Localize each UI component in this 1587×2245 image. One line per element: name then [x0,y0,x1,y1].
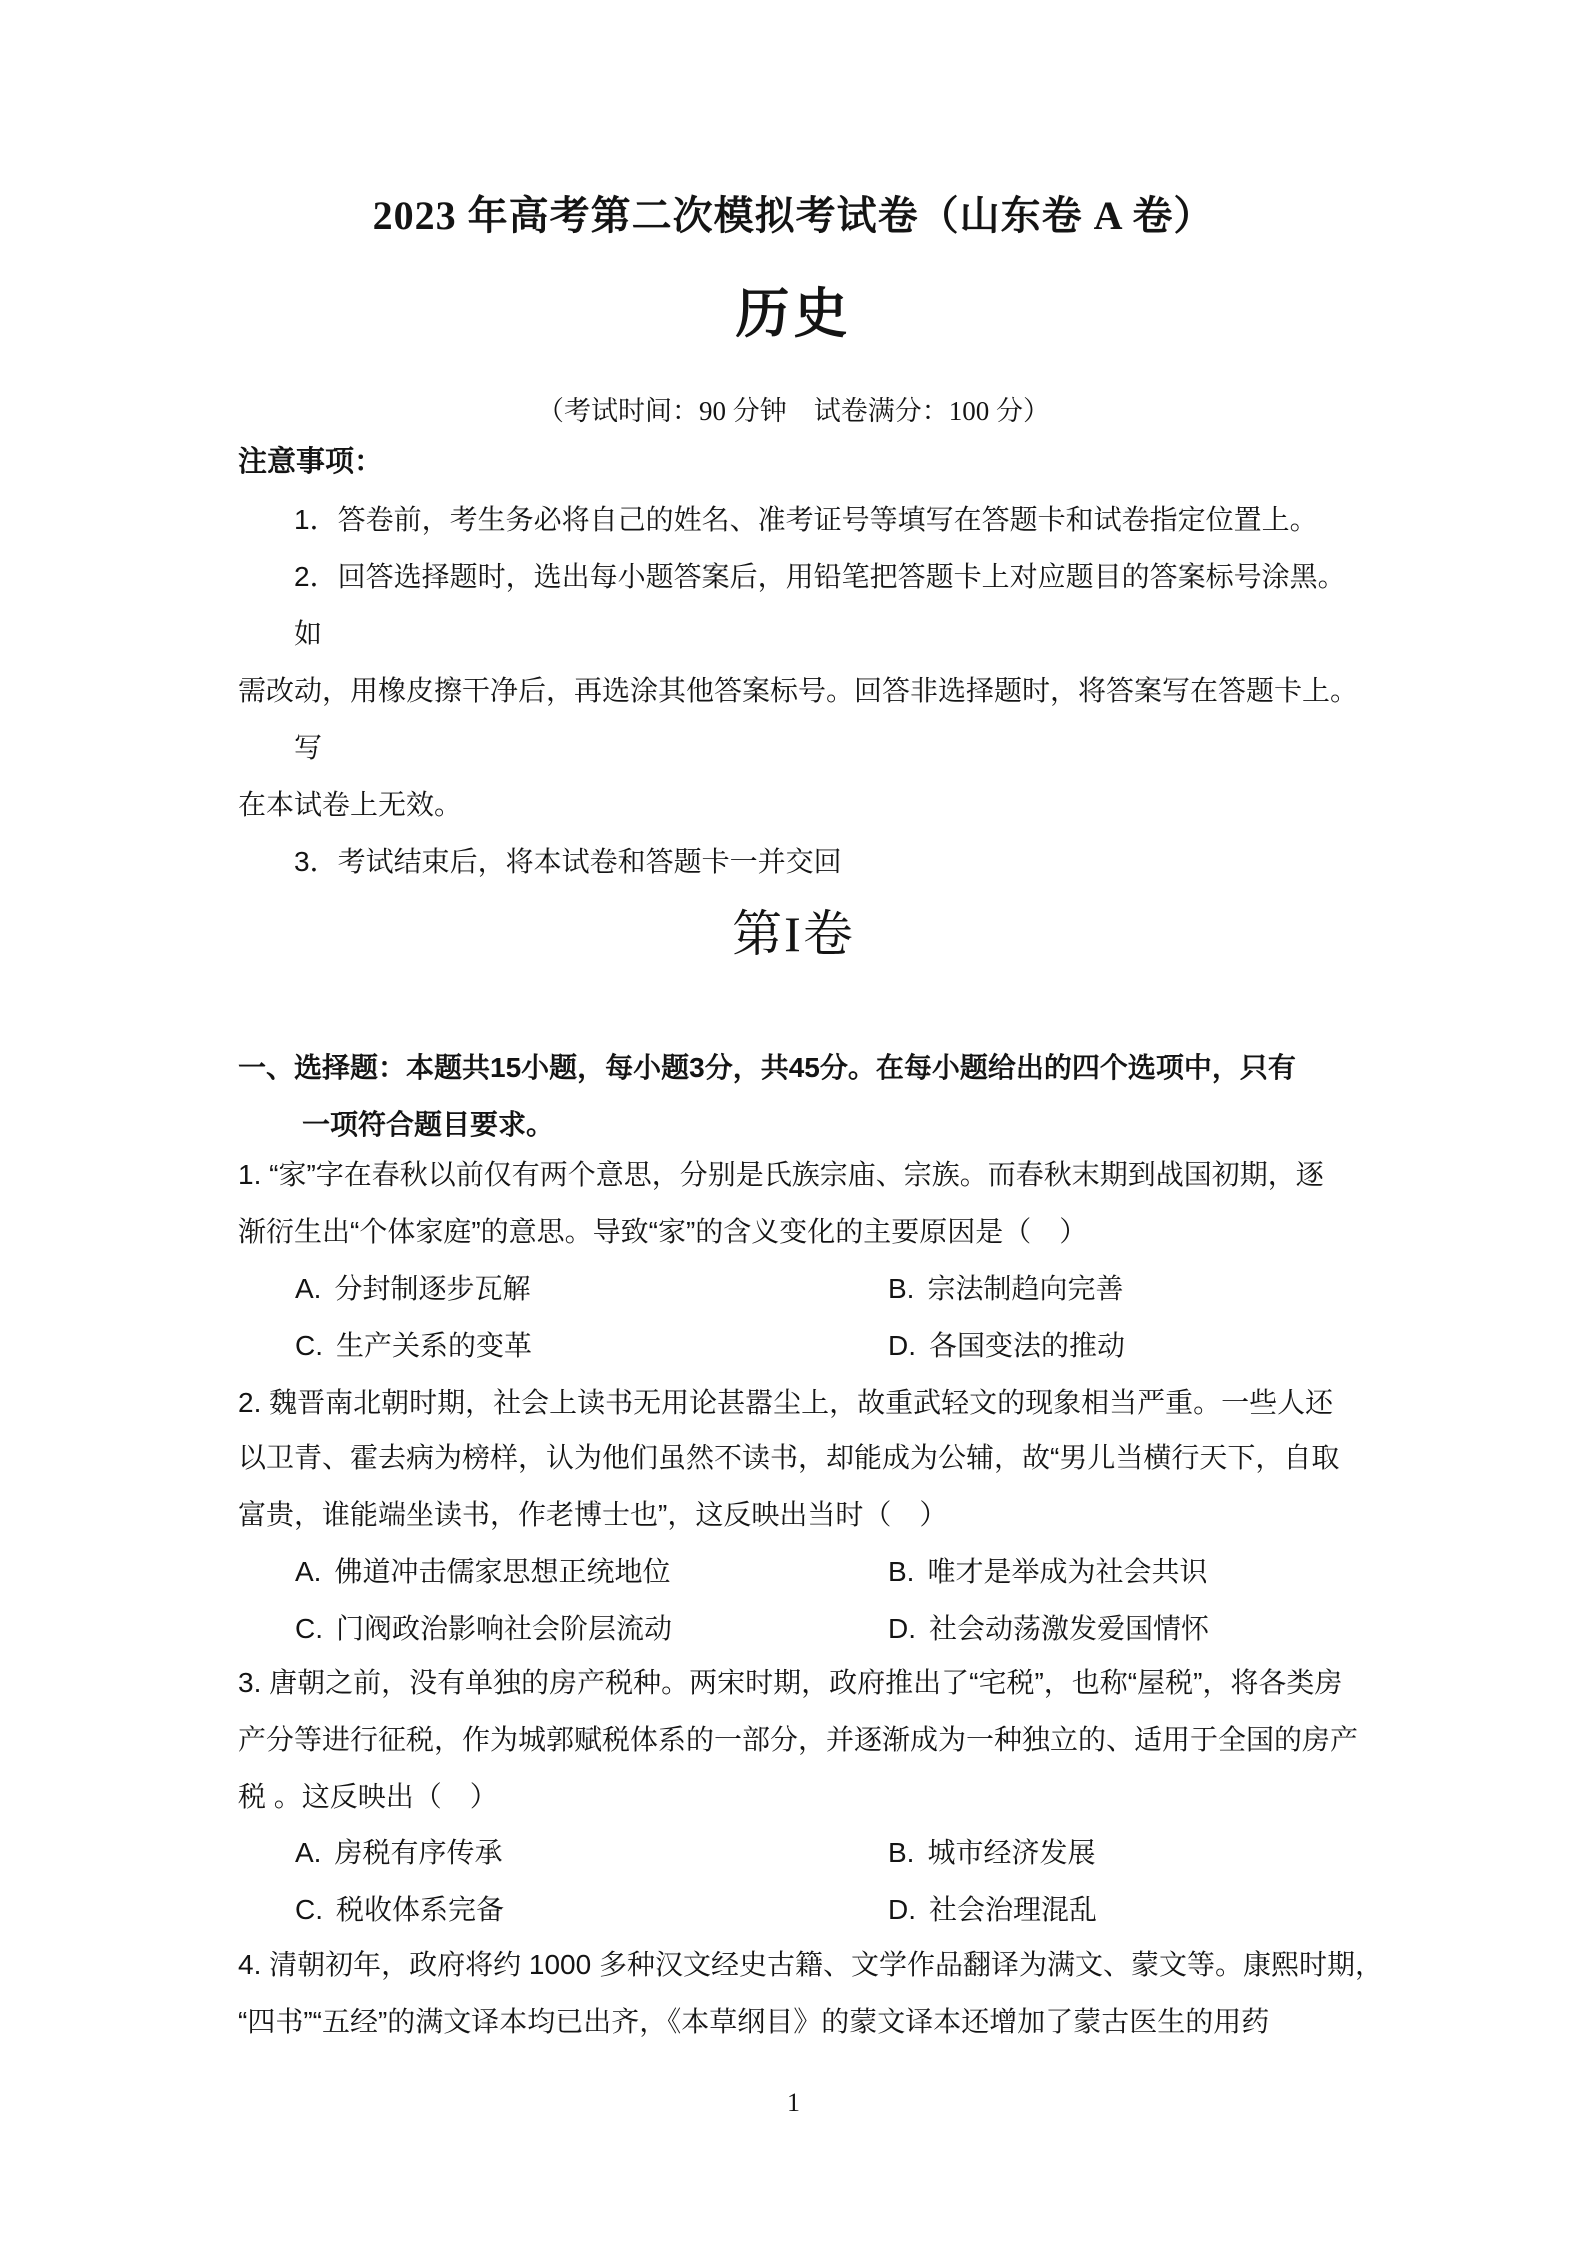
option-label: A. [295,1273,321,1304]
notice-item-3: 3．考试结束后，将本试卷和答题卡一并交回 [294,846,842,877]
option-text: 分封制逐步瓦解 [334,1273,530,1304]
option-text: 宗法制趋向完善 [927,1273,1123,1304]
option-text: 城市经济发展 [927,1837,1095,1868]
question-4-stem-line-1: 4. 清朝初年，政府将约 1000 多种汉文经史古籍、文学作品翻译为满文、蒙文等… [238,1949,1383,1980]
question-3-stem-line-3: 税 。这反映出（ ） [238,1781,498,1812]
notice-heading: 注意事项： [238,446,383,478]
question-2-option-c: C.门阀政治影响社会阶层流动 [295,1613,888,1644]
option-label: A. [295,1556,321,1587]
question-3-stem-line-2: 产分等进行征税，作为城郭赋税体系的一部分，并逐渐成为一种独立的、适用于全国的房产 [238,1724,1358,1755]
question-1-options-row-2: C.生产关系的变革 D.各国变法的推动 [238,1330,1485,1361]
exam-paper-page: 2023 年高考第二次模拟考试卷（山东卷 A 卷） 历史 （考试时间：90 分钟… [0,0,1587,2245]
option-text: 各国变法的推动 [929,1330,1125,1361]
notice-item-2-cont-2: 需改动，用橡皮擦干净后，再选涂其他答案标号。回答非选择题时，将答案写在答题卡上。 [238,675,1358,706]
option-text: 社会动荡激发爱国情怀 [929,1613,1209,1644]
question-2-options-row-2: C.门阀政治影响社会阶层流动 D.社会动荡激发爱国情怀 [238,1613,1485,1644]
option-text: 房税有序传承 [334,1837,502,1868]
option-label: C. [295,1894,323,1925]
question-2-option-b: B.唯才是举成为社会共识 [888,1556,1485,1587]
option-label: B. [888,1837,914,1868]
option-text: 社会治理混乱 [929,1894,1097,1925]
question-4-stem-line-2: “四书”“五经”的满文译本均已出齐，《本草纲目》的蒙文译本还增加了蒙古医生的用药 [238,2006,1269,2037]
question-2-stem-line-1: 2. 魏晋南北朝时期，社会上读书无用论甚嚣尘上，故重武轻文的现象相当严重。一些人… [238,1387,1333,1418]
option-label: B. [888,1273,914,1304]
part1-heading: 第I卷 [0,906,1587,962]
question-1-option-b: B.宗法制趋向完善 [888,1273,1485,1304]
question-1-option-c: C.生产关系的变革 [295,1330,888,1361]
question-2-stem-line-3: 富贵，谁能端坐读书，作老博士也”，这反映出当时（ ） [238,1499,947,1530]
notice-item-1: 1．答卷前，考生务必将自己的姓名、准考证号等填写在答题卡和试卷指定位置上。 [294,504,1318,535]
option-label: D. [888,1330,916,1361]
option-label: D. [888,1613,916,1644]
option-label: B. [888,1556,914,1587]
question-3-option-c: C.税收体系完备 [295,1894,888,1925]
option-text: 税收体系完备 [336,1894,504,1925]
page-number: 1 [0,2088,1587,2117]
option-label: C. [295,1330,323,1361]
notice-item-2-cont-4: 在本试卷上无效。 [238,789,462,820]
question-2-option-d: D.社会动荡激发爱国情怀 [888,1613,1485,1644]
question-2-options-row-1: A.佛道冲击儒家思想正统地位 B.唯才是举成为社会共识 [238,1556,1485,1587]
question-1-option-a: A.分封制逐步瓦解 [295,1273,888,1304]
notice-item-2: 2．回答选择题时，选出每小题答案后，用铅笔把答题卡上对应题目的答案标号涂黑。 [294,561,1346,592]
notice-item-2-cont-3: 写 [294,732,322,763]
exam-info: （考试时间：90 分钟 试卷满分：100 分） [0,396,1587,426]
question-2-stem-line-2: 以卫青、霍去病为榜样，认为他们虽然不读书，却能成为公辅，故“男儿当横行天下，自取 [238,1442,1339,1473]
question-1-stem-line-1: 1. “家”字在春秋以前仅有两个意思，分别是氏族宗庙、宗族。而春秋末期到战国初期… [238,1159,1324,1190]
option-text: 生产关系的变革 [336,1330,532,1361]
exam-title: 2023 年高考第二次模拟考试卷（山东卷 A 卷） [0,194,1587,239]
section-intro-line-1: 一、选择题：本题共15小题，每小题3分，共45分。在每小题给出的四个选项中，只有 [238,1052,1296,1083]
option-text: 佛道冲击儒家思想正统地位 [334,1556,670,1587]
option-text: 唯才是举成为社会共识 [927,1556,1207,1587]
question-2-option-a: A.佛道冲击儒家思想正统地位 [295,1556,888,1587]
section-intro-line-2: 一项符合题目要求。 [302,1109,554,1140]
question-3-options-row-1: A.房税有序传承 B.城市经济发展 [238,1837,1485,1868]
question-3-options-row-2: C.税收体系完备 D.社会治理混乱 [238,1894,1485,1925]
option-label: D. [888,1894,916,1925]
question-1-stem-line-2: 渐衍生出“个体家庭”的意思。导致“家”的含义变化的主要原因是（ ） [238,1216,1087,1247]
subject-heading: 历史 [0,284,1587,344]
option-label: C. [295,1613,323,1644]
question-3-option-b: B.城市经济发展 [888,1837,1485,1868]
question-1-options-row-1: A.分封制逐步瓦解 B.宗法制趋向完善 [238,1273,1485,1304]
question-3-option-a: A.房税有序传承 [295,1837,888,1868]
notice-item-2-cont-1: 如 [294,618,322,649]
question-1-option-d: D.各国变法的推动 [888,1330,1485,1361]
option-label: A. [295,1837,321,1868]
question-3-stem-line-1: 3. 唐朝之前，没有单独的房产税种。两宋时期，政府推出了“宅税”，也称“屋税”，… [238,1667,1342,1698]
option-text: 门阀政治影响社会阶层流动 [336,1613,672,1644]
question-3-option-d: D.社会治理混乱 [888,1894,1485,1925]
